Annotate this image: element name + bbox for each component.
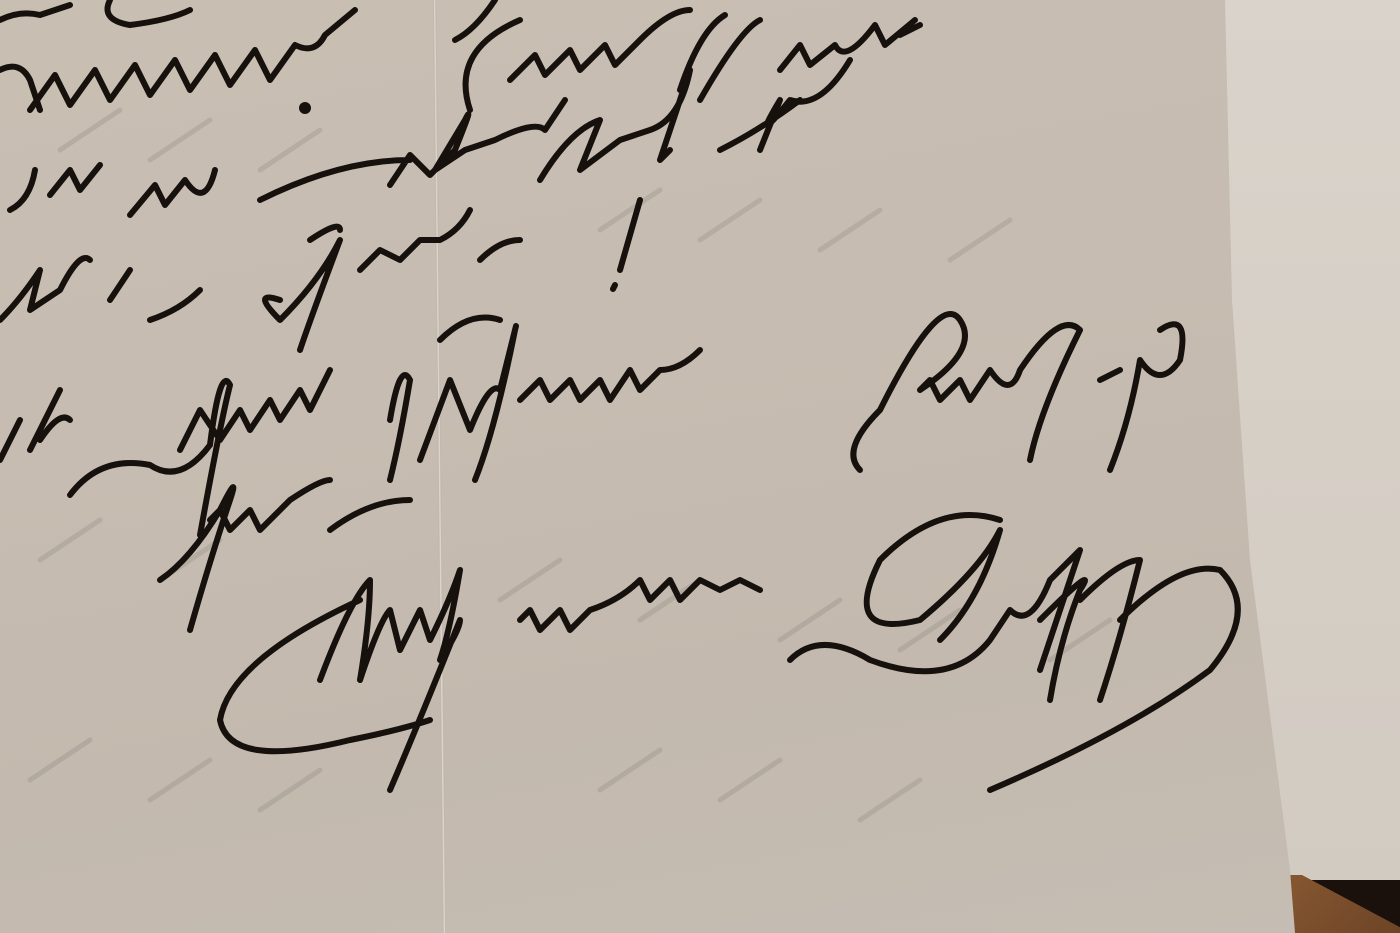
handwriting — [0, 0, 1400, 933]
signature — [220, 515, 1238, 790]
handwriting-line-5 — [160, 480, 410, 630]
handwriting-line-3 — [0, 200, 640, 350]
photo-scene: … kommen. Anschreiben … ein es wohl auf … — [0, 0, 1400, 933]
handwriting-line-4 — [0, 314, 1183, 535]
handwriting-line-1 — [0, 0, 920, 111]
handwriting-line-2 — [10, 60, 850, 215]
